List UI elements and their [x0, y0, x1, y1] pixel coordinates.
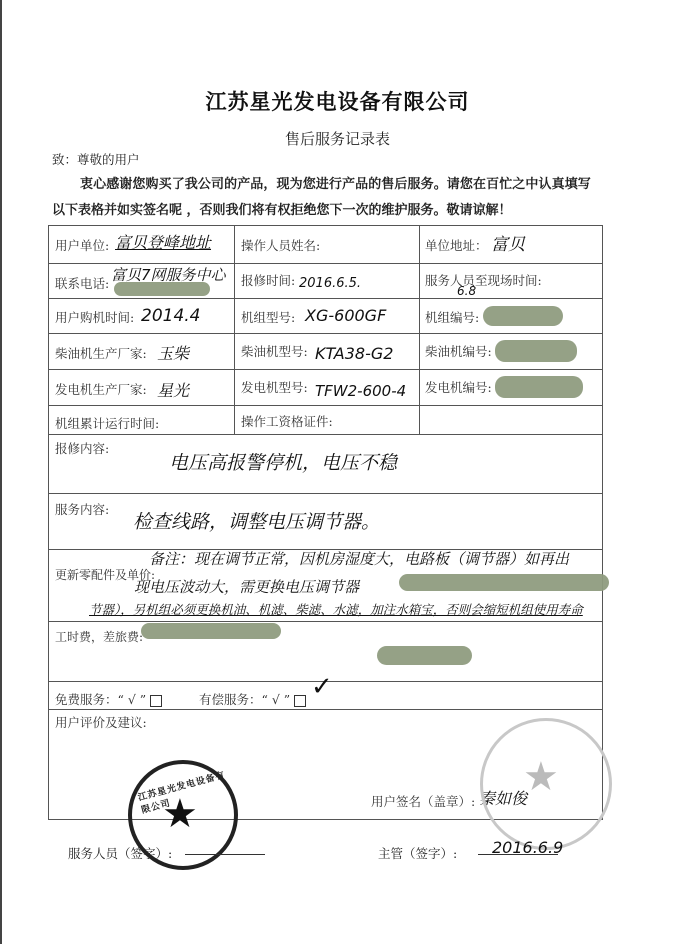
- generator-model-label: 发电机型号:: [241, 378, 308, 396]
- paid-service-checkbox[interactable]: [294, 695, 306, 707]
- free-service-checkbox[interactable]: [150, 695, 162, 707]
- redaction: [377, 646, 472, 665]
- star-icon: ★: [162, 794, 198, 834]
- service-content-label: 服务内容:: [55, 500, 109, 518]
- service-content-value[interactable]: 检查线路，调整电压调节器。: [133, 507, 380, 534]
- redaction: [141, 623, 281, 639]
- user-signature-label: 用户签名（盖章）:: [371, 792, 475, 810]
- company-title: 江苏星光发电设备有限公司: [0, 86, 675, 116]
- redaction: [114, 282, 210, 296]
- redaction: [399, 574, 609, 591]
- generator-maker-value[interactable]: 星光: [157, 378, 189, 401]
- parts-line-2[interactable]: 现电压波动大，需更换电压调节器: [134, 576, 359, 597]
- diesel-maker-label: 柴油机生产厂家:: [55, 344, 147, 362]
- paid-service-label: 有偿服务：“ √ ”: [199, 692, 290, 707]
- operator-cert-label: 操作工资格证件:: [241, 412, 333, 430]
- diesel-model-label: 柴油机型号:: [241, 342, 308, 360]
- diesel-model-value[interactable]: KTA38-G2: [315, 344, 393, 363]
- check-mark-icon: ✓: [311, 672, 333, 702]
- column-divider: [234, 226, 235, 434]
- parts-line-1[interactable]: 备注：现在调节正常，因机房湿度大，电路板（调节器）如再出: [149, 548, 569, 569]
- redaction: [495, 340, 577, 362]
- diesel-number-label: 柴油机编号:: [425, 342, 492, 360]
- arrival-time-label: 服务人员至现场时间:: [425, 271, 542, 289]
- service-staff-label: 服务人员（签字）:: [68, 844, 172, 862]
- row-divider: [49, 298, 602, 299]
- intro-line-2: 以下表格并如实签名呢 ，否则我们将有权拒绝您下一次的维护服务。敬请谅解！: [52, 199, 512, 218]
- intro-line-1: 衷心感谢您购买了我公司的产品，现为您进行产品的售后服务。请您在百忙之中认真填写: [80, 173, 591, 192]
- column-divider: [419, 226, 420, 434]
- running-hours-label: 机组累计运行时间:: [55, 414, 159, 432]
- paid-service-option[interactable]: 有偿服务：“ √ ”: [199, 690, 306, 708]
- repair-time-label: 报修时间:: [241, 271, 295, 289]
- unit-model-value[interactable]: XG-600GF: [305, 306, 386, 325]
- row-divider: [49, 434, 602, 435]
- customer-seal: ★: [480, 718, 612, 850]
- unit-model-label: 机组型号:: [241, 308, 295, 326]
- generator-maker-label: 发电机生产厂家:: [55, 380, 147, 398]
- service-staff-signature-line[interactable]: [185, 854, 265, 855]
- free-service-label: 免费服务：“ √ ”: [55, 692, 146, 707]
- salutation: 致：尊敬的用户: [52, 150, 140, 168]
- user-unit-label: 用户单位:: [55, 236, 109, 254]
- repair-content-value[interactable]: 电压高报警停机，电压不稳: [169, 448, 397, 475]
- purchase-time-value[interactable]: 2014.4: [141, 306, 200, 326]
- form-title: 售后服务记录表: [0, 128, 675, 149]
- supervisor-label: 主管（签字）:: [378, 844, 457, 862]
- parts-line-3[interactable]: 节器），另机组必须更换机油、机滤、柴滤、水滤，加注水箱宝，否则会缩短机组使用寿命: [89, 600, 583, 618]
- row-divider: [49, 621, 602, 622]
- row-divider: [49, 333, 602, 334]
- operator-name-label: 操作人员姓名:: [241, 236, 320, 254]
- row-divider: [49, 369, 602, 370]
- row-divider: [49, 493, 602, 494]
- redaction: [495, 376, 583, 398]
- feedback-label: 用户评价及建议:: [55, 713, 147, 731]
- generator-model-value[interactable]: TFW2-600-4: [315, 382, 406, 400]
- repair-content-label: 报修内容:: [55, 439, 109, 457]
- purchase-time-label: 用户购机时间:: [55, 308, 134, 326]
- free-service-option[interactable]: 免费服务：“ √ ”: [55, 690, 162, 708]
- fees-label: 工时费，差旅费:: [55, 628, 143, 645]
- unit-address-value[interactable]: 富贝: [491, 230, 525, 255]
- star-icon: ★: [523, 757, 559, 797]
- row-divider: [49, 405, 602, 406]
- row-divider: [49, 709, 602, 710]
- generator-number-label: 发电机编号:: [425, 378, 492, 396]
- diesel-maker-value[interactable]: 玉柴: [157, 341, 189, 364]
- repair-time-value[interactable]: 2016.6.5.: [299, 276, 361, 291]
- supervisor-date[interactable]: 2016.6.9: [492, 838, 563, 857]
- user-unit-value[interactable]: 富贝登峰地址: [115, 230, 211, 253]
- redaction: [483, 306, 563, 326]
- unit-address-label: 单位地址：: [425, 236, 488, 254]
- unit-number-label: 机组编号:: [425, 308, 479, 326]
- arrival-time-value[interactable]: 6.8: [457, 284, 476, 298]
- phone-label: 联系电话:: [55, 274, 109, 292]
